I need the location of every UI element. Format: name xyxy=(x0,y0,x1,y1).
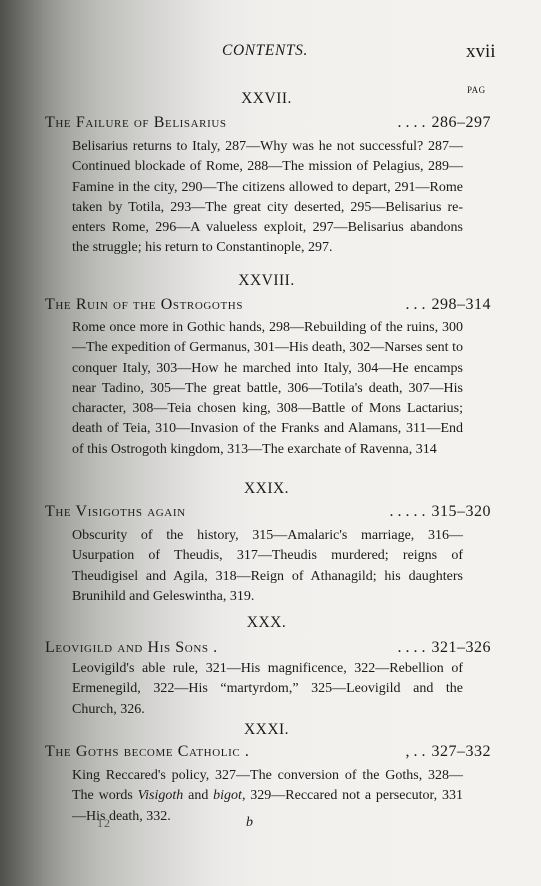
summary-italic-term: bigot xyxy=(213,788,242,803)
summary-italic-term: Visigoth xyxy=(138,788,184,803)
chapter-title: The Visigoths again xyxy=(45,503,186,521)
chapter-summary: Rome once more in Gothic hands, 298—Rebu… xyxy=(72,318,463,460)
chapter-numeral: XXXI. xyxy=(0,721,537,739)
page-range: 298–314 xyxy=(432,296,492,314)
chapter-title-row: Leovigild and His Sons . . . . . 321–326 xyxy=(45,639,491,657)
page-range: 321–326 xyxy=(432,639,492,657)
chapter-title-row: The Ruin of the Ostrogoths . . . 298–314 xyxy=(45,296,491,314)
chapter-title: The Failure of Belisarius xyxy=(45,114,227,132)
chapter-summary: Belisarius returns to Italy, 287—Why was… xyxy=(72,137,463,259)
chapter-numeral: XXVIII. xyxy=(0,272,537,290)
running-head: CONTENTS. xyxy=(222,42,308,60)
signature-number: 12 xyxy=(97,816,111,831)
chapter-title-row: The Goths become Catholic . , . . 327–33… xyxy=(45,743,491,761)
chapter-summary: Obscurity of the history, 315—Amalaric's… xyxy=(72,526,463,607)
page-range: 327–332 xyxy=(432,743,492,761)
dot-leader: . . . . xyxy=(227,114,432,132)
chapter-summary: Leovigild's able rule, 321—His magnifice… xyxy=(72,659,463,720)
chapter-numeral: XXX. xyxy=(0,614,537,632)
chapter-title-row: The Visigoths again . . . . . 315–320 xyxy=(45,503,491,521)
summary-text: and xyxy=(183,788,213,803)
dot-leader: , . . xyxy=(249,743,431,761)
dot-leader: . . . . . xyxy=(186,503,432,521)
chapter-title: The Goths become Catholic . xyxy=(45,743,249,761)
chapter-numeral: XXVII. xyxy=(0,90,537,108)
chapter-summary: King Reccared's policy, 327—The conversi… xyxy=(72,766,463,827)
chapter-numeral: XXIX. xyxy=(0,480,537,498)
chapter-title: The Ruin of the Ostrogoths xyxy=(45,296,243,314)
dot-leader: . . . . xyxy=(218,639,432,657)
chapter-title: Leovigild and His Sons . xyxy=(45,639,218,657)
chapter-title-row: The Failure of Belisarius . . . . 286–29… xyxy=(45,114,491,132)
page-range: 286–297 xyxy=(432,114,492,132)
signature-mark: b xyxy=(246,815,253,831)
page-number: xvii xyxy=(466,41,496,63)
dot-leader: . . . xyxy=(243,296,431,314)
page-range: 315–320 xyxy=(432,503,492,521)
